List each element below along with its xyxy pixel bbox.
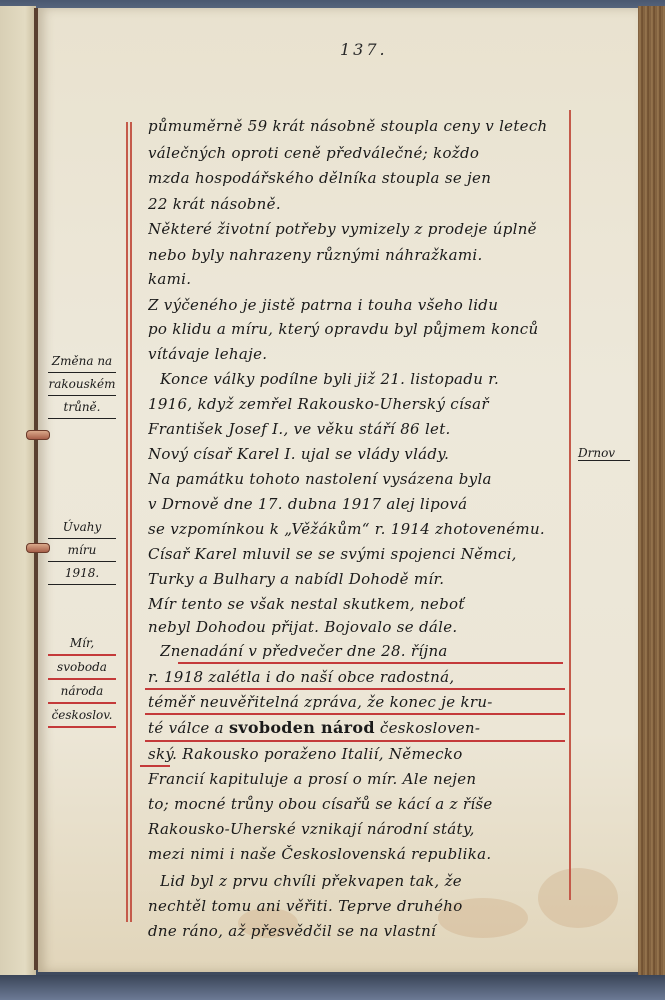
body-line: Z výčeného je jistě patrna i touha všeho…	[148, 296, 568, 314]
body-line: František Josef I., ve věku stáří 86 let…	[148, 420, 568, 438]
body-line: nechtěl tomu ani věřiti. Teprve druhého	[148, 897, 568, 915]
body-line-underlined: téměř neuvěřitelná zpráva, že konec je k…	[148, 693, 568, 711]
red-underline	[145, 713, 565, 715]
body-line: to; mocné trůny obou císařů se kácí a z …	[148, 795, 568, 813]
body-line-emphasis: té válce a svoboden národ českosloven-	[148, 718, 568, 737]
margin-note-peace-freedom: Mír, svoboda národa českoslov.	[42, 632, 122, 728]
body-line-underlined: r. 1918 zalétla i do naší obce radostná,	[148, 668, 568, 686]
body-line: mezi nimi i naše Československá republik…	[148, 845, 568, 863]
body-line: nebyl Dohodou přijat. Bojovalo se dále.	[148, 618, 568, 636]
body-line: se vzpomínkou k „Věžákům“ r. 1914 zhotov…	[148, 520, 568, 538]
margin-note-throne-change: Změna na rakouském trůně.	[42, 350, 122, 419]
body-line: v Drnově dne 17. dubna 1917 alej lipová	[148, 495, 568, 513]
left-margin-rule	[130, 122, 132, 922]
body-line: mzda hospodářského dělníka stoupla se je…	[148, 169, 568, 187]
margin-note-line: Mír,	[48, 632, 116, 656]
margin-note-line: národa	[48, 680, 116, 704]
red-underline	[145, 740, 565, 742]
body-line: Mír tento se však nestal skutkem, neboť	[148, 595, 568, 613]
body-line: Některé životní potřeby vymizely z prode…	[148, 220, 568, 238]
body-line: nebo byly nahrazeny různými náhražkami.	[148, 246, 568, 264]
body-line-underlined: Znenadání v předvečer dne 28. října	[160, 642, 580, 660]
body-line: Na památku tohoto nastolení vysázena byl…	[148, 470, 568, 488]
body-line: dne ráno, až přesvědčil se na vlastní	[148, 922, 568, 940]
body-line: Nový císař Karel I. ujal se vlády vlády.	[148, 445, 568, 463]
red-underline	[145, 688, 565, 690]
emphasis-bold-phrase: svoboden národ	[229, 718, 375, 737]
page-number: 137.	[340, 40, 388, 59]
margin-note-line: rakouském	[48, 373, 116, 396]
margin-note-line: svoboda	[48, 656, 116, 680]
red-underline	[178, 662, 563, 664]
body-line: půmuměrně 59 krát násobně stoupla ceny v…	[148, 117, 568, 135]
body-line: Konce války podílne byli již 21. listopa…	[160, 370, 580, 388]
body-line: Lid byl z prvu chvíli překvapen tak, že	[160, 872, 580, 890]
body-line: vítávaje lehaje.	[148, 345, 568, 363]
background-bottom	[0, 975, 665, 1000]
body-line: 22 krát násobně.	[148, 195, 568, 213]
red-underline	[140, 765, 170, 767]
margin-note-line: míru	[48, 539, 116, 562]
left-page-edge	[0, 6, 36, 976]
emphasis-prefix: té válce a	[148, 719, 229, 737]
body-line: kami.	[148, 270, 568, 288]
margin-note-peace-1918: Úvahy míru 1918.	[42, 516, 122, 585]
body-line: 1916, když zemřel Rakousko-Uherský císař	[148, 395, 568, 413]
right-margin-rule	[569, 110, 571, 900]
body-line: po klidu a míru, který opravdu byl půjme…	[148, 320, 568, 338]
page-stack-edge	[638, 6, 665, 976]
margin-note-line: trůně.	[48, 396, 116, 419]
body-line: Rakousko-Uherské vznikají národní státy,	[148, 820, 568, 838]
binding-thread	[26, 430, 50, 440]
left-margin-rule-outer	[126, 122, 128, 922]
body-line: Francií kapituluje a prosí o mír. Ale ne…	[148, 770, 568, 788]
body-line: válečných oproti ceně předválečné; koždo	[148, 144, 568, 162]
body-line: Turky a Bulhary a nabídl Dohodě mír.	[148, 570, 568, 588]
margin-note-line: českoslov.	[48, 704, 116, 728]
emphasis-suffix: českosloven-	[375, 719, 480, 737]
body-line: Císař Karel mluvil se se svými spojenci …	[148, 545, 568, 563]
margin-note-line: Změna na	[48, 350, 116, 373]
margin-note-drnov: Drnov	[578, 446, 630, 461]
body-line: ský. Rakousko poraženo Italií, Německo	[148, 745, 568, 763]
margin-note-line: 1918.	[48, 562, 116, 585]
margin-note-line: Úvahy	[48, 516, 116, 539]
